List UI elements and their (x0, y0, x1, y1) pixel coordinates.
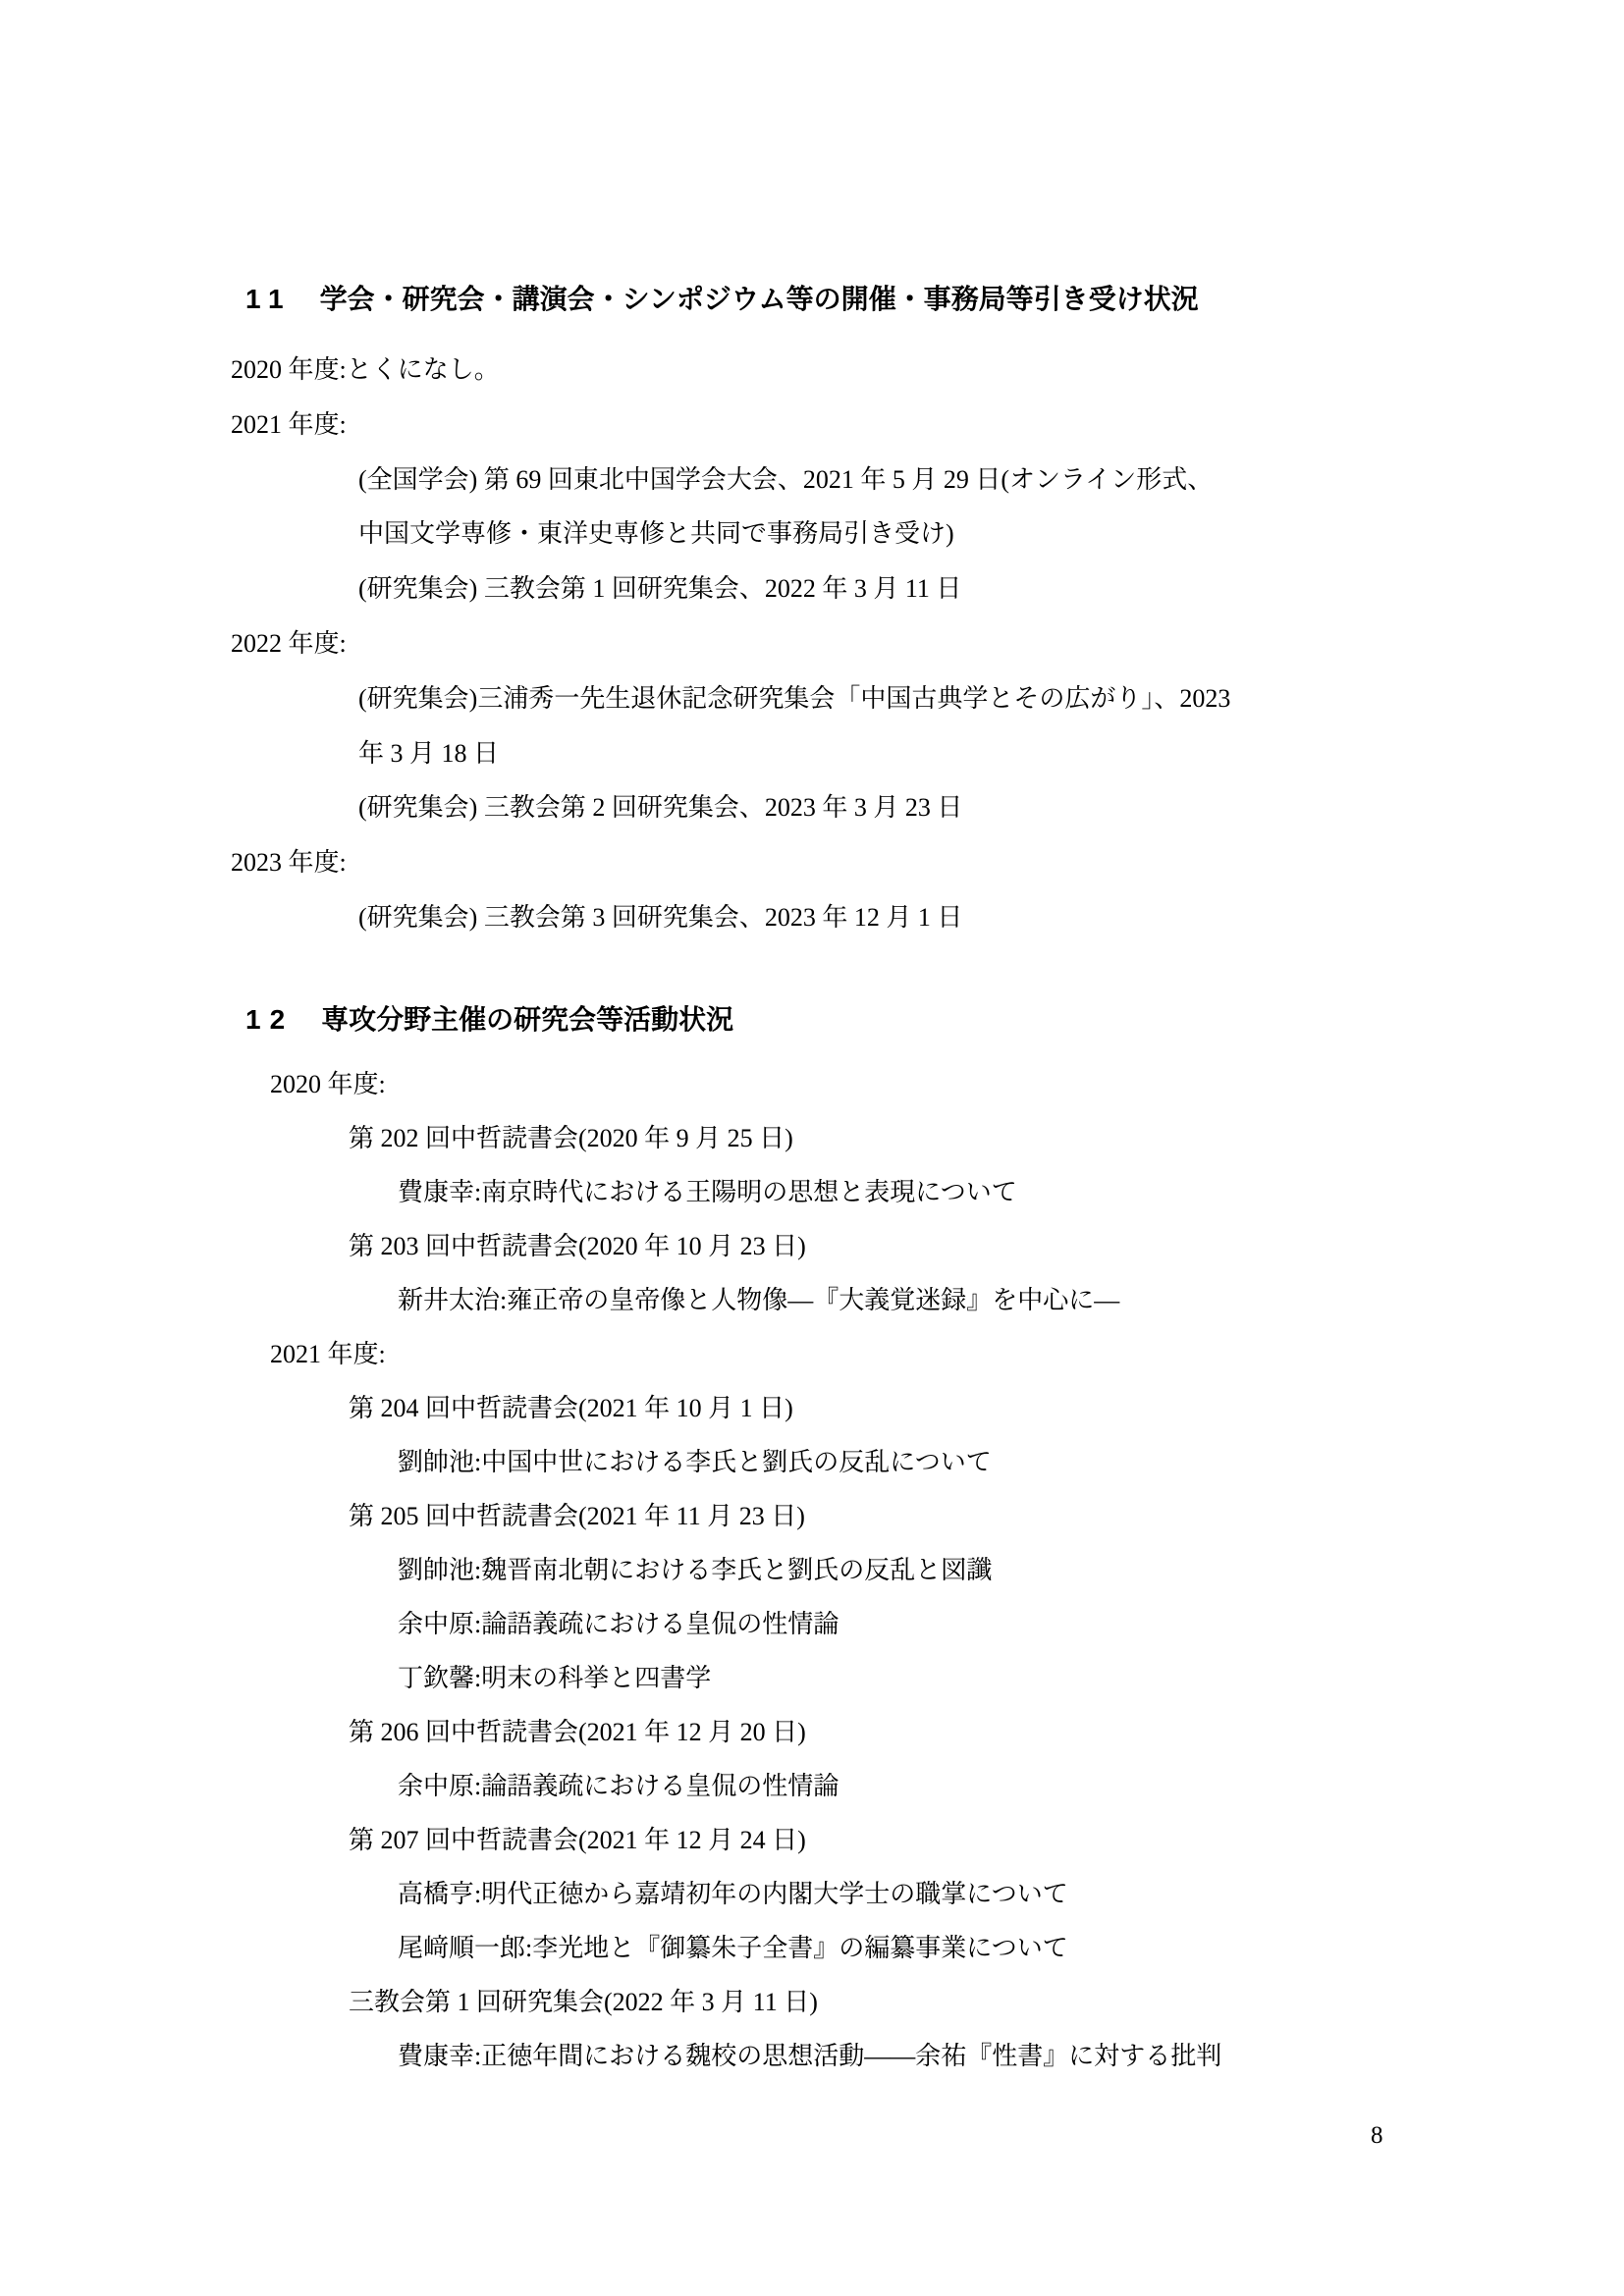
text-line: 2020 年度:とくになし。 (231, 343, 1497, 398)
text-line: 年 3 月 18 日 (231, 726, 1497, 781)
section-11-lines: 2020 年度:とくになし。2021 年度:(全国学会) 第 69 回東北中国学… (231, 343, 1497, 945)
text-line: 中国文学専修・東洋史専修と共同で事務局引き受け) (231, 507, 1497, 561)
section-11-number: 11 (245, 284, 293, 314)
text-line: 2020 年度: (231, 1057, 1497, 1111)
text-line: 第 207 回中哲読書会(2021 年 12 月 24 日) (231, 1813, 1497, 1867)
text-line: 2021 年度: (231, 1327, 1497, 1381)
text-line: (研究集会) 三教会第 2 回研究集会、2023 年 3 月 23 日 (231, 780, 1497, 835)
text-line: 第 205 回中哲読書会(2021 年 11 月 23 日) (231, 1489, 1497, 1543)
text-line: (研究集会) 三教会第 1 回研究集会、2022 年 3 月 11 日 (231, 561, 1497, 616)
text-line: 余中原:論語義疏における皇侃の性情論 (231, 1597, 1497, 1651)
text-line: 2023 年度: (231, 835, 1497, 890)
text-line: 第 202 回中哲読書会(2020 年 9 月 25 日) (231, 1111, 1497, 1165)
section-12: 12専攻分野主催の研究会等活動状況 2020 年度:第 202 回中哲読書会(2… (231, 998, 1497, 2083)
section-12-title: 専攻分野主催の研究会等活動状況 (321, 1004, 733, 1035)
text-line: 尾﨑順一郎:李光地と『御纂朱子全書』の編纂事業について (231, 1921, 1497, 1975)
text-line: 高橋亨:明代正徳から嘉靖初年の内閣大学士の職掌について (231, 1867, 1497, 1921)
text-line: 2021 年度: (231, 398, 1497, 453)
text-line: (全国学会) 第 69 回東北中国学会大会、2021 年 5 月 29 日(オン… (231, 453, 1497, 507)
text-line: (研究集会)三浦秀一先生退休記念研究集会「中国古典学とその広がり」、2023 (231, 671, 1497, 726)
text-line: (研究集会) 三教会第 3 回研究集会、2023 年 12 月 1 日 (231, 890, 1497, 945)
text-line: 三教会第 1 回研究集会(2022 年 3 月 11 日) (231, 1975, 1497, 2029)
text-line: 第 204 回中哲読書会(2021 年 10 月 1 日) (231, 1381, 1497, 1435)
section-11-heading: 11学会・研究会・講演会・シンポジウム等の開催・事務局等引き受け状況 (231, 278, 1497, 343)
page-number: 8 (1371, 2109, 1383, 2163)
section-12-lines: 2020 年度:第 202 回中哲読書会(2020 年 9 月 25 日)費康幸… (231, 1057, 1497, 2083)
text-line: 余中原:論語義疏における皇侃の性情論 (231, 1759, 1497, 1813)
text-line: 2022 年度: (231, 616, 1497, 671)
text-line: 費康幸:南京時代における王陽明の思想と表現について (231, 1165, 1497, 1219)
text-line: 丁欽馨:明末の科挙と四書学 (231, 1651, 1497, 1705)
text-line: 第 206 回中哲読書会(2021 年 12 月 20 日) (231, 1705, 1497, 1759)
text-line: 第 203 回中哲読書会(2020 年 10 月 23 日) (231, 1219, 1497, 1273)
document-page: 11学会・研究会・講演会・シンポジウム等の開催・事務局等引き受け状況 2020 … (0, 0, 1624, 2296)
section-12-number: 12 (245, 1004, 294, 1035)
text-line: 劉帥池:魏晋南北朝における李氏と劉氏の反乱と図讖 (231, 1543, 1497, 1597)
text-line: 劉帥池:中国中世における李氏と劉氏の反乱について (231, 1435, 1497, 1489)
section-11: 11学会・研究会・講演会・シンポジウム等の開催・事務局等引き受け状況 2020 … (231, 278, 1497, 945)
section-12-heading: 12専攻分野主催の研究会等活動状況 (231, 998, 1497, 1057)
section-11-title: 学会・研究会・講演会・シンポジウム等の開催・事務局等引き受け状況 (320, 284, 1199, 314)
text-line: 新井太治:雍正帝の皇帝像と人物像―『大義覚迷録』を中心に― (231, 1273, 1497, 1327)
text-line: 費康幸:正徳年間における魏校の思想活動――余祐『性書』に対する批判 (231, 2029, 1497, 2083)
